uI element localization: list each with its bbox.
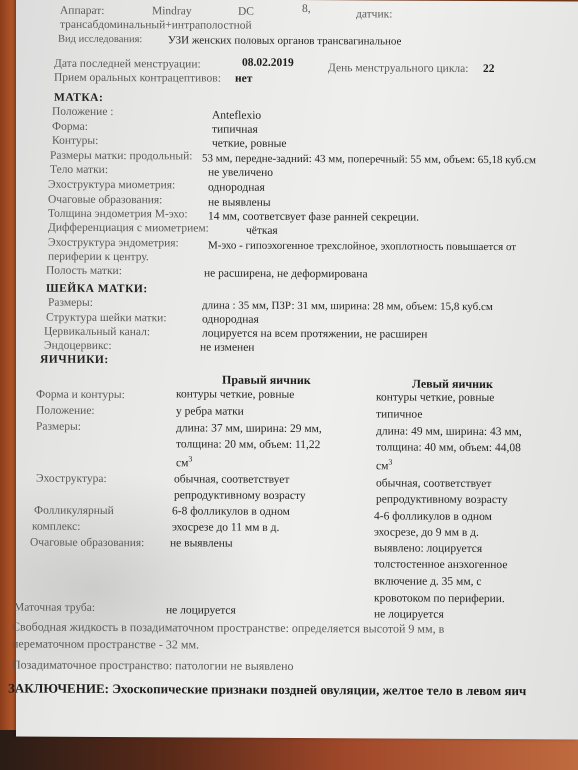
cervical-canal-label: Цервикальный канал: <box>44 326 150 339</box>
conclusion-text: : Эхоскопические признаки поздней овуляц… <box>105 681 527 698</box>
retrouterine-space: Позадиматочное пространство: патологии н… <box>12 658 294 674</box>
last-menstruation-value: 08.02.2019 <box>242 57 294 69</box>
ovary-focal-label: Очаговые образования: <box>30 537 144 550</box>
uterus-position-value: Anteflexio <box>212 110 261 122</box>
follicle-label-2: комплекс: <box>32 521 80 533</box>
ovary-form-label: Форма и контуры: <box>36 389 125 401</box>
uterus-body-value: не увеличено <box>208 167 273 179</box>
left-ovary-size-1: длина: 49 мм, ширина: 43 мм, <box>376 425 522 438</box>
left-ovary-focal-1: выявлено: лоцируется <box>374 542 482 555</box>
right-ovary-follicle-1: 6-8 фолликулов в одном <box>172 505 290 518</box>
apparatus-model: DC <box>238 6 254 18</box>
uterus-size-label: Размеры матки: продольный: <box>50 150 192 163</box>
myometrium-echo-label: Эхоструктура миометрия: <box>48 179 175 192</box>
sensor-value: трансабдоминальный+интраполостной <box>60 19 252 32</box>
differentiation-label: Дифференциация с миометрием: <box>48 222 209 235</box>
left-ovary-focal-2: толстостенное анэхогенное <box>374 558 507 571</box>
cervix-section: Размеры: длина : 35 мм, ПЗР: 31 мм, шири… <box>16 0 578 1</box>
cycle-day-label: День менструального цикла: <box>328 62 468 75</box>
apparatus-brand: Mindray <box>152 5 192 17</box>
left-ovary-follicle-2: эхосрезе, до 9 мм в д. <box>374 526 479 539</box>
cycle-day-value: 22 <box>483 63 495 75</box>
uterus-title: МАТКА: <box>54 92 103 104</box>
left-ovary-echo-2: репродуктивному возрасту <box>376 493 508 506</box>
uterus-form-label: Форма: <box>52 121 88 133</box>
uterus-body-label: Тело матки: <box>50 164 108 176</box>
endometrium-echo-label: Эхоструктура эндометрия: <box>48 237 179 250</box>
right-ovary-size-unit: см3 <box>176 454 192 469</box>
endometrium-thickness-value: 14 мм, соответсвует фазе ранней секреции… <box>208 211 419 224</box>
exam-type-value: УЗИ женских половых органов трансвагинал… <box>168 34 401 47</box>
left-ovary-form: контуры четкие, ровные <box>376 391 494 404</box>
right-ovary-size-1: длина: 37 мм, ширина: 29 мм, <box>176 422 322 435</box>
oral-contraceptives-label: Прием оральных контрацептивов: <box>54 72 221 85</box>
right-tube-value: не лоцируется <box>166 604 236 616</box>
exam-type-label: Вид исследования: <box>58 34 142 45</box>
differentiation-value: чёткая <box>246 225 278 237</box>
conclusion: ЗАКЛЮЧЕНИЕ: Эхоскопические признаки позд… <box>8 680 526 699</box>
left-ovary-size-2: толщина: 40 мм, объем: 44,08 <box>376 441 521 454</box>
left-ovary-focal-4: кровотоком по периферии. <box>374 592 505 605</box>
endometrium-echo-cont: периферии к центру. <box>48 251 149 264</box>
right-ovary-focal: не выявлены <box>170 537 233 549</box>
right-ovary-size-2: толщина: 20 мм, объем: 11,22 <box>176 438 320 451</box>
endocervix-value: не изменен <box>200 341 254 353</box>
myometrium-echo-value: однородная <box>208 182 265 194</box>
uterus-contours-label: Контуры: <box>52 135 98 147</box>
endometrium-thickness-label: Толщина эндометрия М-эхо: <box>48 208 188 221</box>
left-ovary-size-unit: см3 <box>376 457 392 472</box>
uterus-position-label: Положение : <box>52 106 114 118</box>
endocervix-label: Эндоцервикс: <box>44 340 112 352</box>
free-fluid-line-1: Свободная жидкость в позадиматочном прос… <box>12 620 444 637</box>
cervical-canal-value: лоцируется на всем протяжении, не расшир… <box>202 328 427 341</box>
apparatus-number: 8, <box>302 3 311 15</box>
right-ovary-echo-1: обычная, соответствует <box>174 473 289 486</box>
tube-label: Маточная труба: <box>14 602 95 614</box>
left-ovary-header: Левый яичник <box>412 377 493 392</box>
last-menstruation-label: Дата последней менструации: <box>54 58 201 71</box>
sensor-label: датчик: <box>356 8 392 20</box>
uterus-contours-value: четкие, ровные <box>212 138 286 150</box>
apparatus-label: Аппарат: <box>60 5 105 17</box>
uterus-form-value: типичная <box>212 124 258 136</box>
right-ovary-echo-2: репродуктивному возрасту <box>174 489 306 502</box>
ovary-size-label: Размеры: <box>36 421 81 433</box>
left-ovary-position: типичное <box>376 408 422 420</box>
right-ovary-position: у ребра матки <box>176 405 244 417</box>
cervix-title: ШЕЙКА МАТКИ: <box>46 283 148 296</box>
ovary-echo-label: Эхоструктура: <box>36 473 107 485</box>
uterus-focal-label: Очаговые образования: <box>48 194 162 207</box>
ovaries-title: ЯИЧНИКИ: <box>40 354 109 366</box>
uterus-section: Положение : Anteflexio Форма: типичная К… <box>16 0 578 1</box>
ovaries-section: Правый яичник Левый яичник Форма и конту… <box>16 0 578 1</box>
ovary-position-label: Положение: <box>36 405 95 417</box>
right-ovary-header: Правый яичник <box>222 373 311 388</box>
cervix-size-label: Размеры: <box>48 297 93 309</box>
left-tube-value: не лоцируется <box>374 608 444 620</box>
uterine-cavity-label: Полость матки: <box>46 265 122 277</box>
cervix-structure-value: однородная <box>202 314 259 326</box>
oral-contraceptives-value: нет <box>235 73 252 85</box>
conclusion-label: ЗАКЛЮЧЕНИЕ <box>8 680 105 696</box>
uterus-size-value: 53 мм, передне-задний: 43 мм, поперечный… <box>202 153 536 167</box>
left-ovary-echo-1: обычная, соответствует <box>376 477 491 490</box>
right-ovary-follicle-2: эхосрезе до 11 мм в д. <box>172 521 279 534</box>
cervix-structure-label: Структура шейки матки: <box>46 312 167 325</box>
endometrium-echo-value: М-эхо - гипоэхогенное трехслойное, эхопл… <box>208 240 516 254</box>
right-ovary-form: контуры четкие, ровные <box>176 388 294 401</box>
uterine-cavity-value: не расширена, не деформирована <box>204 268 368 281</box>
cervix-size-value: длина : 35 мм, ПЗР: 31 мм, ширина: 28 мм… <box>202 300 493 314</box>
uterus-focal-value: не выявлены <box>208 197 271 209</box>
left-ovary-focal-3: включение д. 35 мм, с <box>374 575 481 588</box>
free-fluid-line-2: перематочном пространстве - 32 мм. <box>12 637 199 653</box>
left-ovary-follicle-1: 4-6 фолликулов в одном <box>374 510 492 523</box>
report-page: Аппарат: Mindray DC 8, датчик: трансабдо… <box>16 0 578 739</box>
follicle-label-1: Фолликулярный <box>34 505 114 517</box>
